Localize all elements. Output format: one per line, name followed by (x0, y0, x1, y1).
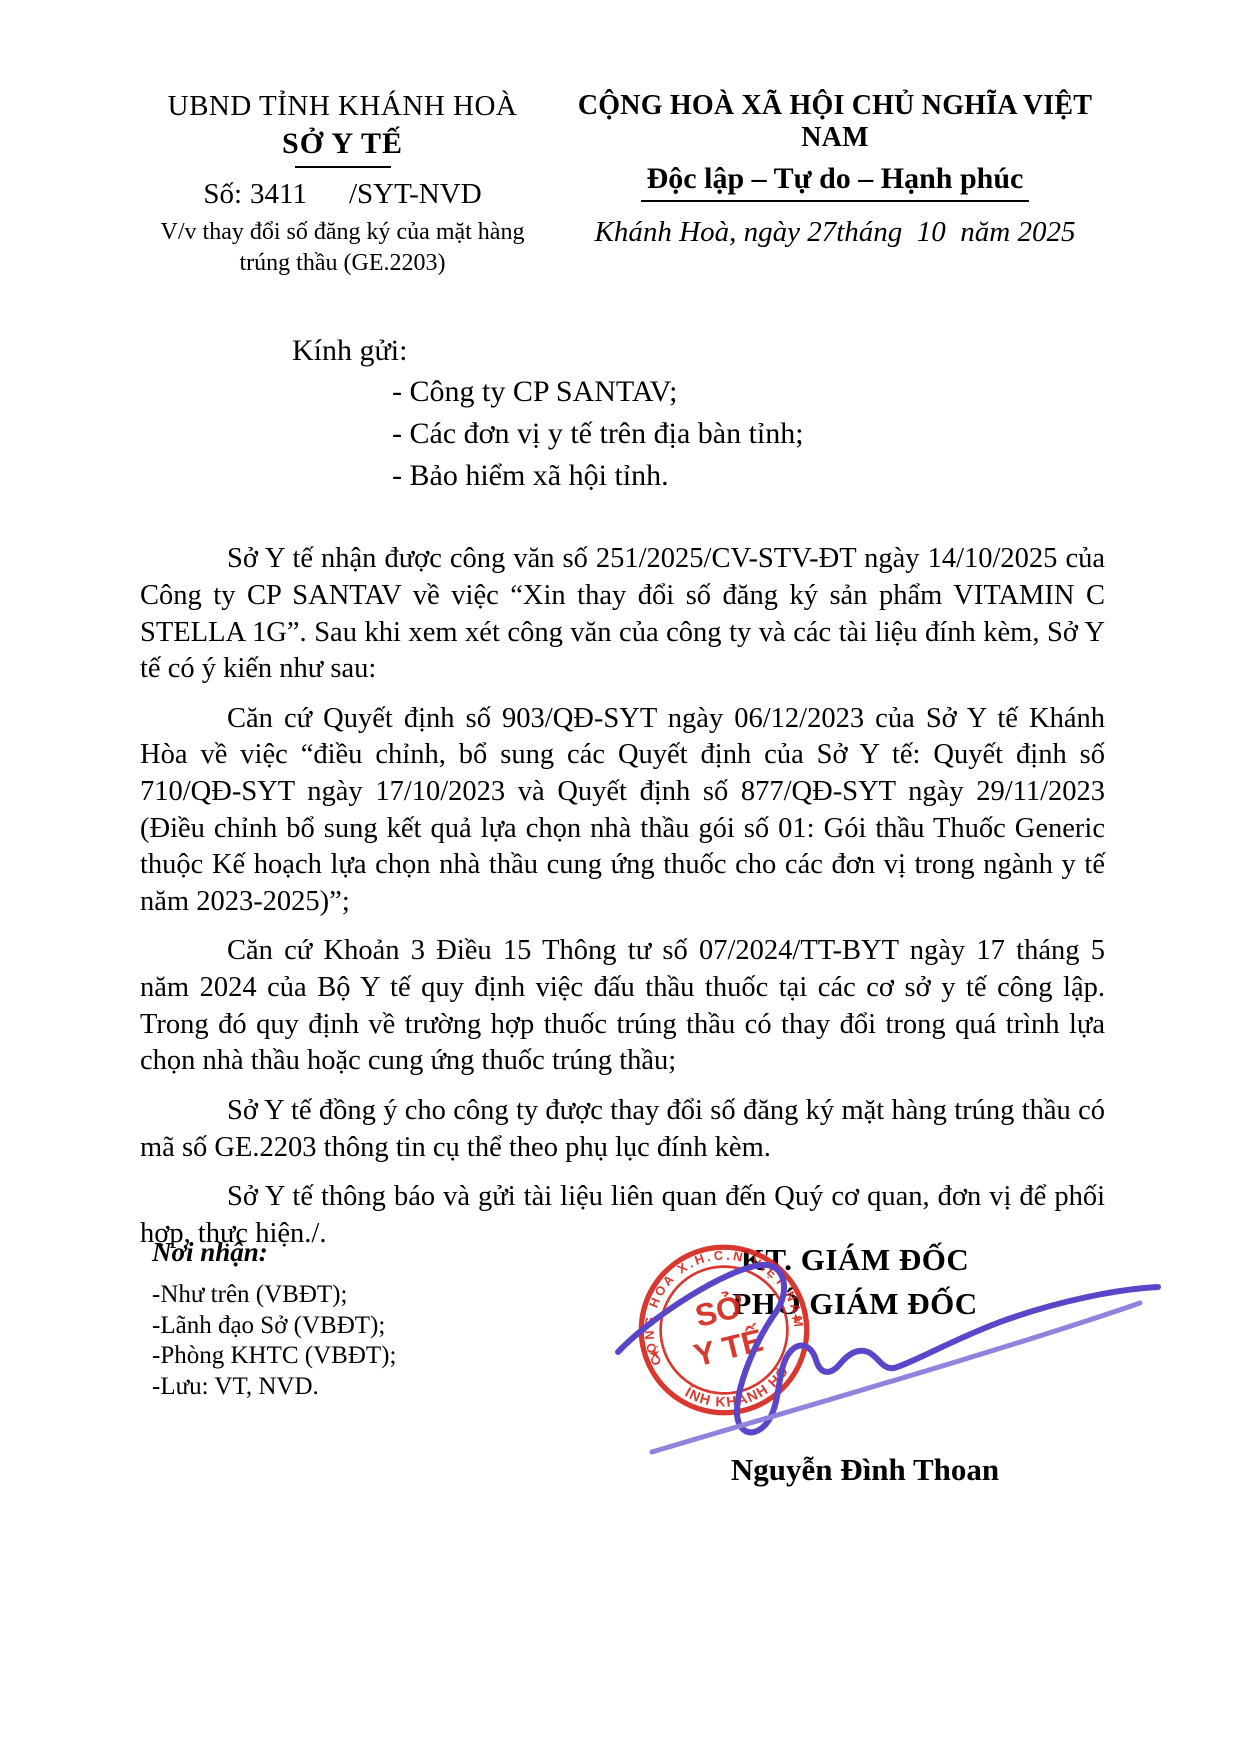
body-paragraph: Căn cứ Quyết định số 903/QĐ-SYT ngày 06/… (140, 701, 1105, 921)
body-paragraph: Sở Y tế nhận được công văn số 251/2025/C… (140, 541, 1105, 687)
body-paragraph: Sở Y tế đồng ý cho công ty được thay đổi… (140, 1093, 1105, 1166)
noi-nhan-item: -Như trên (VBĐT); (152, 1280, 396, 1311)
recipient-item: - Bảo hiểm xã hội tỉnh. (392, 456, 1105, 495)
document-number: Số:3411/SYT-NVD (140, 178, 545, 211)
recipient-item: - Các đơn vị y tế trên địa bàn tỉnh; (392, 414, 1105, 453)
document-subject: V/v thay đổi số đăng ký của mặt hàng trú… (140, 217, 545, 279)
department-underline (295, 166, 391, 168)
signer-name: Nguyễn Đình Thoan (640, 1452, 1090, 1488)
document-number-prefix: Số: (203, 178, 242, 210)
national-title: CỘNG HOÀ XÃ HỘI CHỦ NGHĨA VIỆT NAM (565, 90, 1105, 154)
national-header-block: CỘNG HOÀ XÃ HỘI CHỦ NGHĨA VIỆT NAM Độc l… (565, 90, 1105, 249)
salutation-block: Kính gửi: - Công ty CP SANTAV; - Các đơn… (140, 331, 1105, 495)
parent-org-name: UBND TỈNH KHÁNH HOÀ (140, 90, 545, 123)
recipient-list: - Công ty CP SANTAV; - Các đơn vị y tế t… (392, 372, 1105, 495)
signature-underline (652, 1303, 1140, 1452)
document-subject-line1: V/v thay đổi số đăng ký của mặt hàng (140, 217, 545, 248)
document-subject-line2: trúng thầu (GE.2203) (140, 248, 545, 279)
letterhead: UBND TỈNH KHÁNH HOÀ SỞ Y TẾ Số:3411/SYT-… (140, 90, 1105, 279)
letter-body: Sở Y tế nhận được công văn số 251/2025/C… (140, 541, 1105, 1252)
document-number-value: 3411 (250, 178, 307, 210)
signature-stroke (618, 1265, 1158, 1433)
recipient-item: - Công ty CP SANTAV; (392, 372, 1105, 411)
noi-nhan-label: Nơi nhận: (152, 1237, 396, 1268)
salutation-label: Kính gửi: (292, 331, 1105, 370)
handwritten-signature (555, 1245, 1185, 1465)
issuing-authority-block: UBND TỈNH KHÁNH HOÀ SỞ Y TẾ Số:3411/SYT-… (140, 90, 545, 279)
noi-nhan-item: -Lưu: VT, NVD. (152, 1372, 396, 1403)
noi-nhan-item: -Lãnh đạo Sở (VBĐT); (152, 1311, 396, 1342)
body-paragraph: Căn cứ Khoản 3 Điều 15 Thông tư số 07/20… (140, 933, 1105, 1079)
national-motto: Độc lập – Tự do – Hạnh phúc (641, 162, 1030, 202)
document-page: UBND TỈNH KHÁNH HOÀ SỞ Y TẾ Số:3411/SYT-… (0, 0, 1241, 1755)
noi-nhan-item: -Phòng KHTC (VBĐT); (152, 1341, 396, 1372)
noi-nhan-block: Nơi nhận: -Như trên (VBĐT); -Lãnh đạo Sở… (152, 1237, 396, 1402)
place-date-line: Khánh Hoà, ngày 27tháng 10 năm 2025 (565, 216, 1105, 249)
document-number-suffix: /SYT-NVD (349, 178, 482, 210)
department-name: SỞ Y TẾ (140, 127, 545, 161)
